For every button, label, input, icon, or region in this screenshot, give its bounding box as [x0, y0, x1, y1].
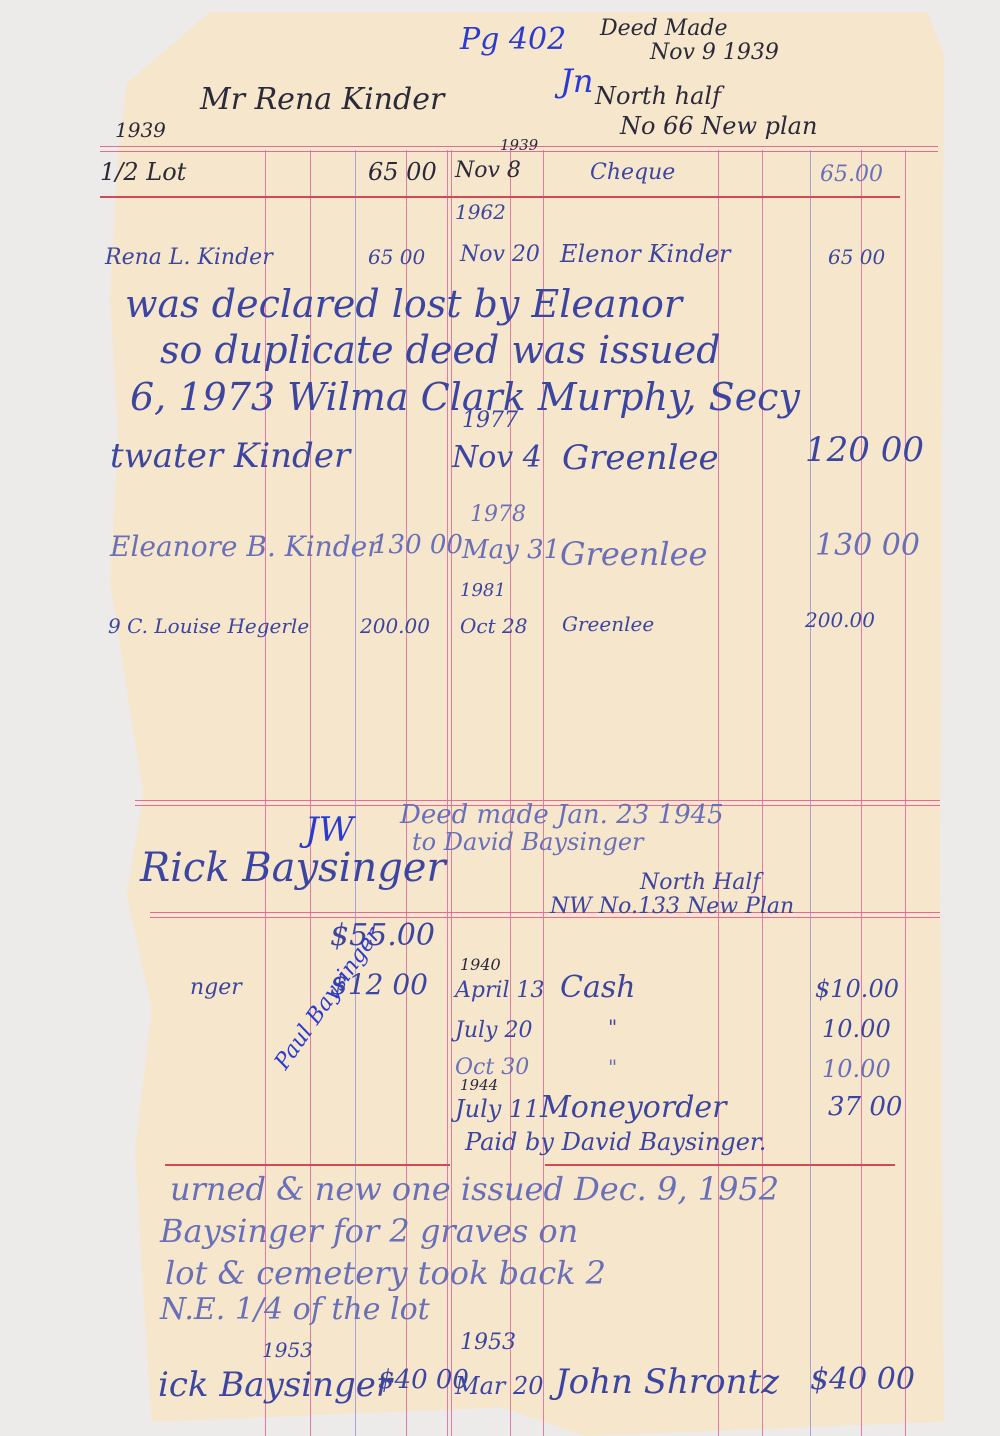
row-price: 65 00: [368, 245, 425, 269]
deed-note-line1: Deed made Jan. 23 1945: [400, 800, 724, 830]
payment-date: July 20: [455, 1018, 532, 1043]
row-description: Eleanore B. Kinder: [110, 530, 381, 563]
row-price: 65 00: [368, 158, 437, 186]
row-amount: 65.00: [820, 162, 883, 187]
row-paid-by: Elenor Kinder: [560, 240, 731, 268]
location-line1: North Half: [640, 870, 761, 895]
header-rule-2: [150, 912, 940, 918]
row-amount: 200.00: [805, 608, 875, 632]
owner-name: Mr Rena Kinder: [200, 82, 444, 117]
page-reference: Pg 402: [460, 22, 566, 57]
note-line: urned & new one issued Dec. 9, 1952: [170, 1170, 779, 1208]
row-rule-1: [100, 196, 900, 198]
row-price: 200.00: [360, 614, 430, 638]
payment-amount: 37 00: [828, 1092, 902, 1122]
row-year: 1977: [462, 408, 518, 433]
year-left: 1939: [115, 118, 166, 142]
row-price: 130 00: [372, 530, 463, 560]
payment-method: ": [608, 1015, 617, 1039]
payment-date: April 13: [455, 978, 545, 1003]
row-date: Nov 4: [452, 440, 542, 475]
row-date: Nov 20: [460, 242, 540, 267]
deed-note-line2: Nov 9 1939: [650, 40, 779, 65]
paid-by-note: Paid by David Baysinger.: [465, 1128, 766, 1156]
row-paid-by: Greenlee: [562, 612, 654, 636]
payment-amount: 10.00: [822, 1015, 891, 1043]
final-description: ick Baysinger: [158, 1365, 392, 1405]
row-description: Rena L. Kinder: [105, 245, 273, 270]
row-description: twater Kinder: [110, 436, 350, 476]
final-paid-by: John Shrontz: [555, 1362, 779, 1402]
row-amount: 120 00: [805, 430, 924, 470]
payment-date: July 11: [455, 1095, 539, 1123]
row-year: 1978: [470, 502, 526, 527]
note-line: so duplicate deed was issued: [160, 328, 721, 372]
payment-method: Cash: [560, 970, 636, 1005]
payment-year: 1940: [460, 955, 501, 974]
row-date: Oct 28: [460, 614, 527, 638]
row-amount: 130 00: [815, 528, 920, 563]
final-date: Mar 20: [455, 1372, 544, 1400]
initials: Jn: [560, 62, 593, 100]
payment-year: 1944: [460, 1076, 498, 1094]
row-paid-by: Greenlee: [560, 535, 707, 573]
final-year: 1953: [460, 1330, 516, 1355]
location-line2: NW No.133 New Plan: [550, 894, 794, 919]
row-paid-by: Greenlee: [562, 438, 719, 478]
initials: JW: [305, 810, 354, 850]
row-rule-2a: [165, 1164, 450, 1166]
row-year: 1981: [460, 580, 506, 601]
payment-amount: $10.00: [815, 975, 899, 1003]
payment-method: ": [608, 1055, 617, 1079]
note-line: Baysinger for 2 graves on: [160, 1212, 578, 1250]
payment-amount: 10.00: [822, 1055, 891, 1083]
note-line: lot & cemetery took back 2: [165, 1254, 606, 1292]
note-line: N.E. 1/4 of the lot: [160, 1292, 430, 1327]
row-date: Nov 8: [455, 158, 521, 183]
row-year: 1939: [500, 136, 538, 154]
row-amount: 65 00: [828, 245, 885, 269]
row-description: 1/2 Lot: [100, 158, 186, 186]
row-date: May 31: [462, 535, 560, 565]
location-line2: No 66 New plan: [620, 112, 817, 140]
note-line: was declared lost by Eleanor: [125, 282, 682, 326]
final-left-year: 1953: [262, 1338, 313, 1362]
deed-note-line2: to David Baysinger: [412, 828, 644, 856]
row-rule-2b: [545, 1164, 895, 1166]
row-description: 9 C. Louise Hegerle: [108, 614, 309, 638]
location-line1: North half: [595, 82, 721, 110]
owner-name: Rick Baysinger: [140, 845, 446, 891]
payment-method: Moneyorder: [540, 1090, 727, 1125]
row-year: 1962: [455, 200, 506, 224]
name-fragment: nger: [190, 975, 242, 1000]
deed-note-line1: Deed Made: [600, 16, 728, 41]
final-amount: $40 00: [810, 1362, 915, 1397]
row-paid-by: Cheque: [590, 160, 675, 185]
